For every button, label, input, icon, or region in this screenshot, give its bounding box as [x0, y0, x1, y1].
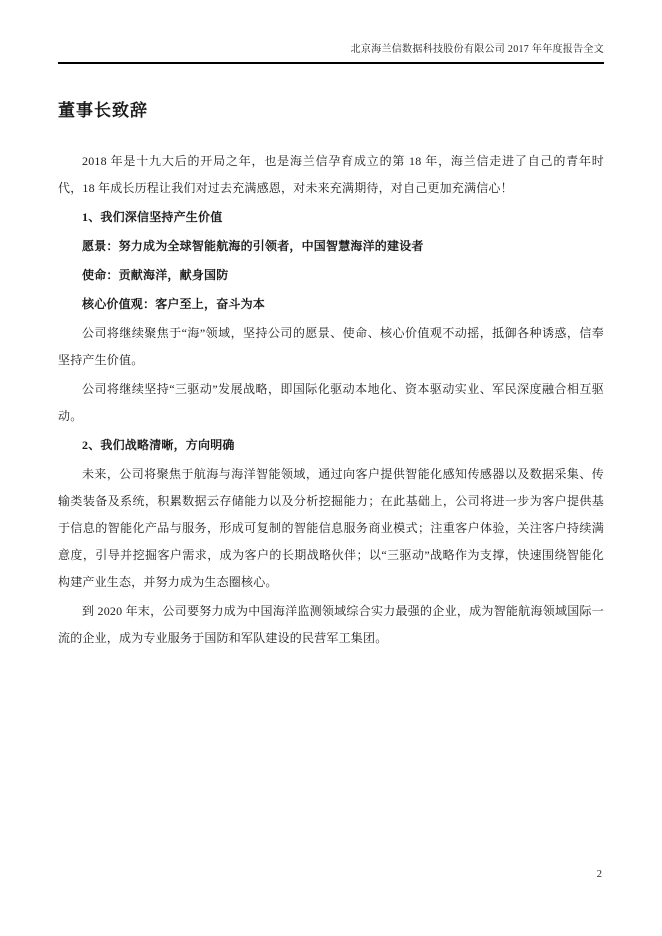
paragraph-2020-goal: 到 2020 年末，公司要努力成为中国海洋监测领域综合实力最强的企业，成为智能航…	[58, 598, 604, 652]
document-page: 北京海兰信数据科技股份有限公司 2017 年年度报告全文 董事长致辞 2018 …	[0, 0, 662, 936]
document-body: 2018 年是十九大后的开局之年，也是海兰信孕育成立的第 18 年，海兰信走进了…	[58, 148, 604, 652]
paragraph-strategy: 未来，公司将聚焦于航海与海洋智能领域，通过向客户提供智能化感知传感器以及数据采集…	[58, 461, 604, 596]
section-title: 董事长致辞	[58, 100, 604, 122]
vision-statement: 愿景：努力成为全球智能航海的引领者，中国智慧海洋的建设者	[58, 233, 604, 260]
paragraph-three-drivers: 公司将继续坚持“三驱动”发展战略，即国际化驱动本地化、资本驱动实业、军民深度融合…	[58, 376, 604, 430]
numbered-heading-1: 1、我们深信坚持产生价值	[58, 204, 604, 231]
paragraph-intro: 2018 年是十九大后的开局之年，也是海兰信孕育成立的第 18 年，海兰信走进了…	[58, 148, 604, 202]
mission-statement: 使命：贡献海洋，献身国防	[58, 262, 604, 289]
core-values-statement: 核心价值观：客户至上，奋斗为本	[58, 291, 604, 318]
page-header: 北京海兰信数据科技股份有限公司 2017 年年度报告全文	[58, 44, 604, 64]
numbered-heading-2: 2、我们战略清晰，方向明确	[58, 432, 604, 459]
page-number: 2	[597, 869, 602, 881]
header-report-title: 北京海兰信数据科技股份有限公司 2017 年年度报告全文	[351, 44, 604, 55]
paragraph-focus: 公司将继续聚焦于“海”领域，坚持公司的愿景、使命、核心价值观不动摇，抵御各种诱惑…	[58, 320, 604, 374]
